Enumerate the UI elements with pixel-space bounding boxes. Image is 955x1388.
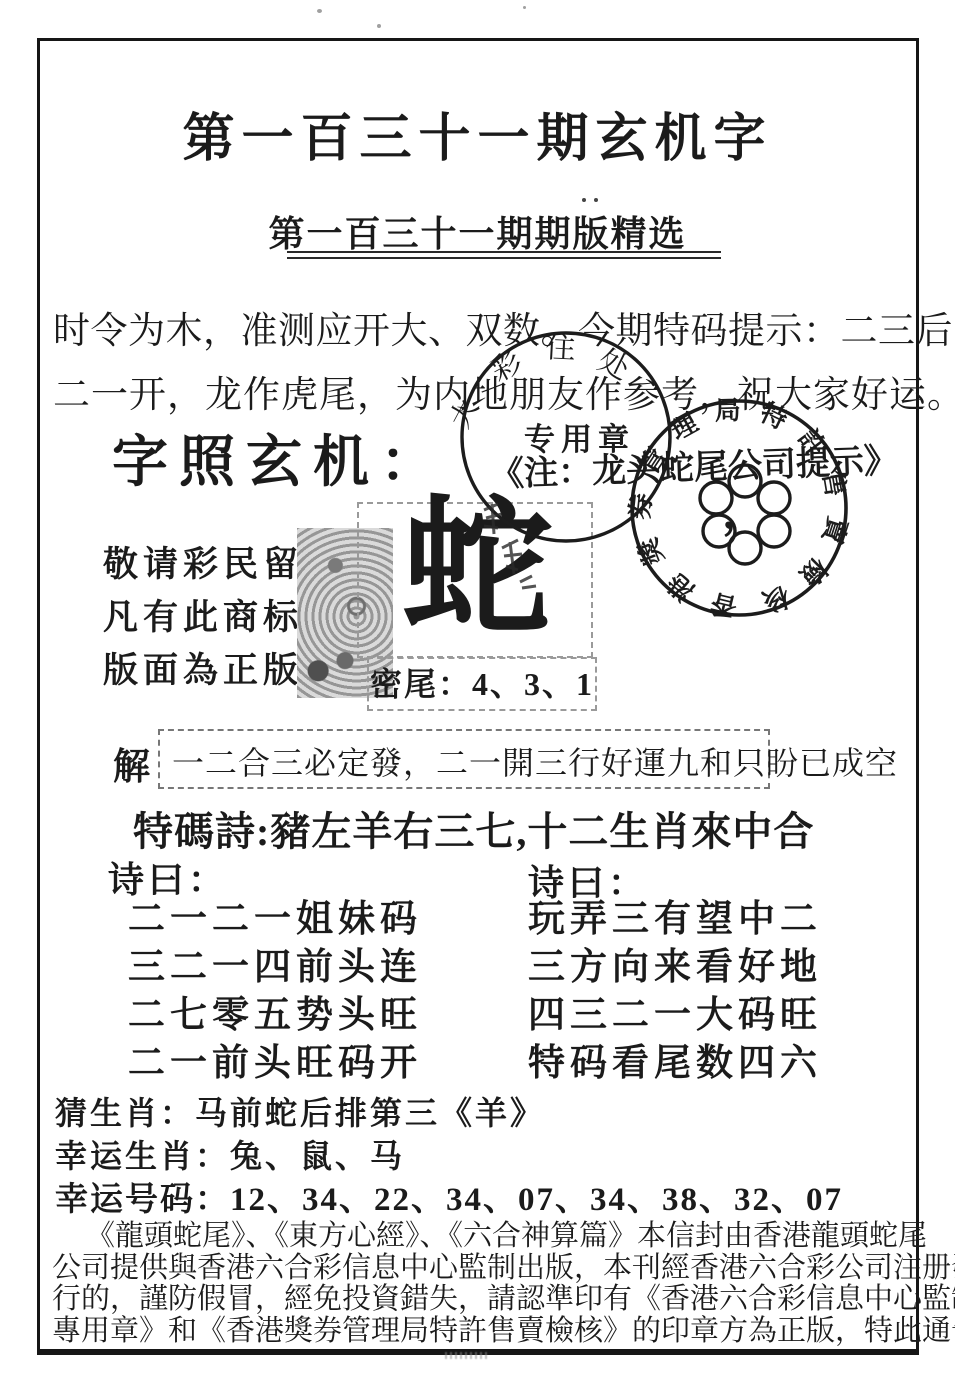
intro-line-2: 二一开，龙作虎尾，为内地朋友作参考，祝大家好运。: [53, 364, 955, 418]
big-stamp-circle: [632, 401, 846, 615]
poem-left-lines: 二一二一姐妹码 三二一四前头连 二七零五势头旺 二一前头旺码开: [128, 896, 422, 1088]
footer-line-2: 公司提供與香港六合彩信息中心監制出版，本刊經香港六合彩公司注册發: [52, 1253, 912, 1285]
footer-line-1: 《龍頭蛇尾》、《東方心經》、《六合神算篇》本信封由香港龍頭蛇尾: [52, 1221, 912, 1253]
scanned-lottery-sheet: 第一百三十一期玄机字 第一百三十一期期版精选 时令为木，准测应开大、双数。今期特…: [0, 0, 955, 1388]
jie-label: 解: [113, 736, 150, 790]
svg-text:香港獎券管理局特許售賣檢核: 香港獎券管理局特許售賣檢核: [625, 395, 854, 621]
scan-smudge: [445, 1352, 487, 1359]
footer-paragraph: 《龍頭蛇尾》、《東方心經》、《六合神算篇》本信封由香港龍頭蛇尾 公司提供與香港六…: [52, 1221, 912, 1347]
zodiac-character: 蛇: [372, 488, 582, 653]
guess-zodiac-line: 猜生肖：马前蛇后排第三《羊》: [55, 1088, 545, 1134]
special-code-poem: 特碼詩:豬左羊右三七,十二生肖來中合: [133, 800, 814, 857]
scan-speck: [582, 198, 586, 202]
poem-right-lines: 玩弄三有望中二 三方向来看好地 四三二一大码旺 特码看尾数四六: [528, 896, 822, 1088]
stamp-note-line: 《注：龙头蛇尾公司提示》: [489, 433, 898, 496]
jie-text: 一二合三必定發，二一開三行好運九和只盼已成空: [172, 738, 898, 784]
lucky-numbers-line: 幸运号码：12、34、22、34、07、34、38、32、07: [55, 1173, 843, 1220]
section-heading: 字照玄机：: [112, 418, 447, 498]
scan-speck: [377, 24, 381, 28]
page-title: 第一百三十一期玄机字: [0, 96, 955, 171]
stamp-comma-glyph: ，: [722, 488, 766, 537]
scan-speck: [523, 6, 526, 9]
subtitle-underline: [287, 251, 721, 259]
page-subtitle: 第一百三十一期期版精选: [0, 206, 955, 257]
secret-tails-box: 密尾：4、3、1: [367, 657, 597, 711]
lucky-zodiac-line: 幸运生肖：兔、鼠、马: [55, 1131, 405, 1177]
scan-speck: [317, 9, 322, 13]
footer-line-3: 行的，謹防假冒，經免投資錯失，請認準印有《香港六合彩信息中心監制: [52, 1284, 912, 1316]
big-stamp-ring-text: 香港獎券管理局特許售賣檢核: [625, 395, 854, 621]
intro-line-1: 时令为木，准测应开大、双数。今期特码提示：二三后: [53, 300, 953, 354]
footer-line-4: 專用章》和《香港獎券管理局特許售賣檢核》的印章方為正版，特此通告。: [52, 1316, 912, 1348]
